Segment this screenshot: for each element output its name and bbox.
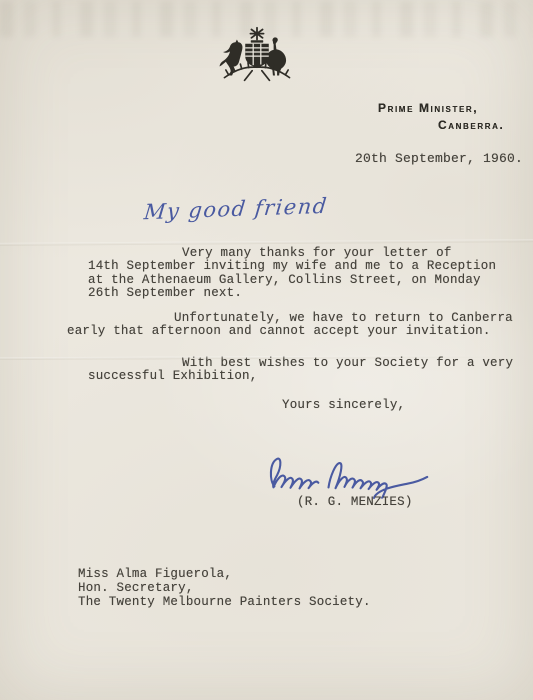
- handwritten-signature: [259, 441, 479, 503]
- closing: Yours sincerely,: [282, 399, 405, 413]
- body-p3-line2: successful Exhibition,: [88, 370, 257, 384]
- scanned-letter-page: Prime Minister, Canberra. 20th September…: [0, 0, 533, 700]
- recipient-line3: The Twenty Melbourne Painters Society.: [78, 596, 371, 610]
- letterhead-office: Prime Minister,: [378, 101, 478, 115]
- letter-date: 20th September, 1960.: [355, 152, 523, 166]
- fold-crease-top: [0, 239, 533, 246]
- body-p1-line2: 14th September inviting my wife and me t…: [88, 260, 496, 274]
- recipient-line1: Miss Alma Figuerola,: [78, 568, 232, 582]
- recipient-line2: Hon. Secretary,: [78, 582, 194, 596]
- body-p1-line4: 26th September next.: [88, 287, 242, 301]
- handwritten-salutation: My good friend: [143, 194, 329, 225]
- australian-coat-of-arms-icon: [212, 26, 302, 96]
- letterhead-city: Canberra.: [438, 118, 504, 132]
- typed-signature-name: (R. G. MENZIES): [297, 496, 413, 510]
- body-p2-line2: early that afternoon and cannot accept y…: [67, 325, 491, 339]
